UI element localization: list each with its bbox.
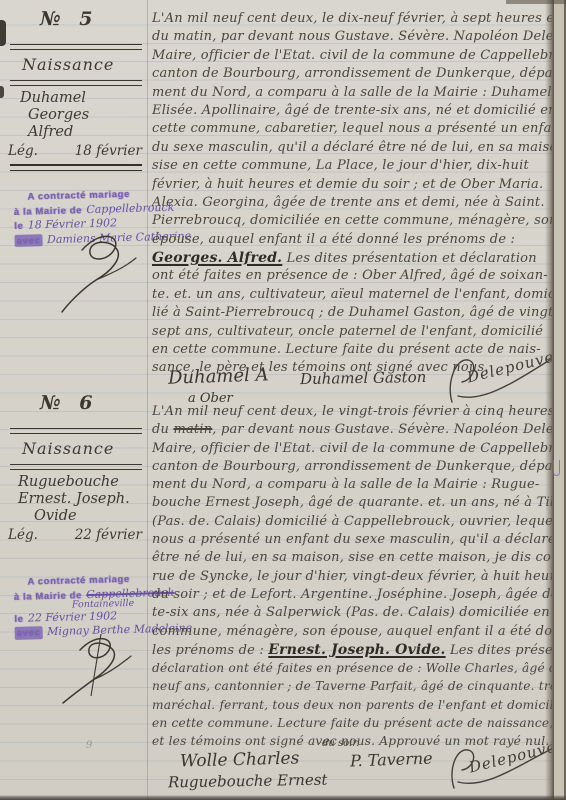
record-number: № 6 [40,392,144,414]
act-line: être né de lui, en sa maison, sise en ce… [152,549,566,567]
act-line: en cette commune. Lecture faite du prése… [152,714,566,732]
margin-divider-thick [10,164,142,171]
act-line: février, à huit heures et demie du soir … [152,176,566,194]
margin-divider [10,464,142,470]
act-line: Maire, officier de l'Etat. civil de la c… [152,47,566,65]
act-line: Pierrebroucq, domiciliée en cette commun… [152,212,566,230]
child-prenoms: Georges. Alfred. [152,250,282,266]
act-line: épouse, auquel enfant il a été donné les… [152,231,566,249]
birth-date: 18 février [75,143,142,159]
signature-father: Duhamel A [168,364,269,388]
act-line-part: du [152,422,173,437]
child-surname: Ruguebouche [18,474,144,491]
act-line: sept ans, cultivateur, oncle paternel de… [152,323,566,341]
mayor-paraph [52,228,147,320]
margin-record-5: № 5 Naissance Duhamel Georges Alfred Lég… [8,8,144,171]
register-page: № 5 Naissance Duhamel Georges Alfred Lég… [0,0,566,800]
struck-word: matin [173,422,212,437]
act-line: ment du Nord, a comparu à la salle de la… [152,476,566,494]
signature-father: Ruguebouche Ernest [168,771,328,792]
legitimacy-label: Lég. [8,527,38,543]
page-edge-shadow [545,0,554,800]
page-top-edge [506,0,566,4]
act-line: cette commune, cabaretier, lequel nous a… [152,120,566,138]
act-line: Elisée. Apollinaire, âgé de trente-six a… [152,102,566,120]
act-line: ont été faites en présence de : Ober Alf… [152,267,566,285]
page-bottom-edge [0,795,566,800]
margin-rule-vertical [147,0,148,800]
act-line: commune, ménagère, son épouse, auquel en… [152,623,566,641]
act-line: (Pas. de. Calais) domicilié à Cappellebr… [152,513,566,531]
act-line: bouche Ernest Joseph, âgé de quarante. e… [152,494,566,512]
binding-mark [0,86,4,98]
legitimacy-label: Lég. [8,143,38,159]
page-corner-mark: 9 [86,740,92,751]
act-line-corrected: du matin, par devant nous Gustave. Sévèr… [152,421,566,439]
act-line-part: les prénoms de : [152,643,268,658]
act-line: lié à Saint-Pierrebroucq ; de Duhamel Ga… [152,304,566,322]
child-middlename: Alfred [28,124,144,141]
act-line: L'An mil neuf cent deux, le dix-neuf fév… [152,10,566,28]
act-line-prenoms: les prénoms de : Ernest. Joseph. Ovide. … [152,641,566,659]
interline-correction: du soir. [322,738,359,749]
stamp-date-written: 22 Février 1902 [28,609,118,624]
stamp-line-1: A contracté mariage [27,574,130,588]
act-line: du matin, par devant nous Gustave. Sévèr… [152,28,566,46]
birth-date: 22 février [75,527,142,543]
child-middlename: Ovide [34,508,144,525]
act-line: Alexia. Georgina, âgée de trente ans et … [152,194,566,212]
record-type-label: Naissance [22,55,144,74]
act-line: maréchal. ferrant, tous deux non parents… [152,696,566,714]
signature-witness: Wolle Charles [180,748,300,771]
act-line: L'An mil neuf cent deux, le vingt-trois … [152,403,566,421]
adjacent-page-edge [552,0,566,800]
act-line: du sexe masculin, qu'il a déclaré être n… [152,139,566,157]
act-line: canton de Bourbourg, arrondissement de D… [152,65,566,83]
child-surname: Duhamel [20,90,144,107]
act-line-part: , par devant nous Gustave. Sévère. Napol… [212,422,566,437]
act-line: Maire, officier de l'Etat. civil de la c… [152,440,566,458]
act-line-prenoms: Georges. Alfred. Les dites présentation … [152,249,566,267]
child-prenoms: Ernest. Joseph. Ovide. [268,642,445,658]
margin-divider [10,428,142,434]
act-line-rest: Les dites présentation et déclaration [282,251,537,266]
margin-divider [10,80,142,86]
act-line: sise en cette commune, La Place, le jour… [152,157,566,175]
stamp-line-4: avec [15,626,43,639]
stamp-line-3: le [14,613,23,624]
signature-witness-2: P. Taverne [350,749,433,771]
act-line: te. et. un ans, cultivateur, aïeul mater… [152,286,566,304]
child-firstname: Ernest. Joseph. [18,491,144,508]
ink-mark [553,460,560,476]
act-record-6: L'An mil neuf cent deux, le vingt-trois … [152,403,566,751]
act-line: du soir ; et de Lefort. Argentine. Josép… [152,586,566,604]
act-line: déclaration ont été faites en présence d… [152,659,566,677]
act-line: canton de Bourbourg, arrondissement de D… [152,458,566,476]
margin-divider [10,44,142,50]
stamp-line-3: le [14,221,23,232]
record-number: № 5 [40,8,144,30]
stamp-line-1: A contracté mariage [27,189,130,203]
act-line: rue de Syncke, le jour d'hier, vingt-deu… [152,568,566,586]
act-line: nous a présenté un enfant du sexe mascul… [152,531,566,549]
signature-witness: Duhamel Gaston [300,368,427,388]
binding-mark [0,20,6,46]
officiant-signature: Delepouve [440,742,560,796]
stamp-line-4: avec [14,234,42,247]
act-line: neuf ans, cantonnier ; de Taverne Parfai… [152,677,566,695]
act-record-5: L'An mil neuf cent deux, le dix-neuf fév… [152,10,566,378]
mayor-paraph [55,630,140,709]
record-type-label: Naissance [22,439,144,458]
child-firstname: Georges [28,107,144,124]
act-line: te-six ans, née à Salperwick (Pas. de. C… [152,604,566,622]
margin-record-6: № 6 Naissance Ruguebouche Ernest. Joseph… [8,392,144,543]
act-line: ment du Nord, a comparu à la salle de la… [152,84,566,102]
